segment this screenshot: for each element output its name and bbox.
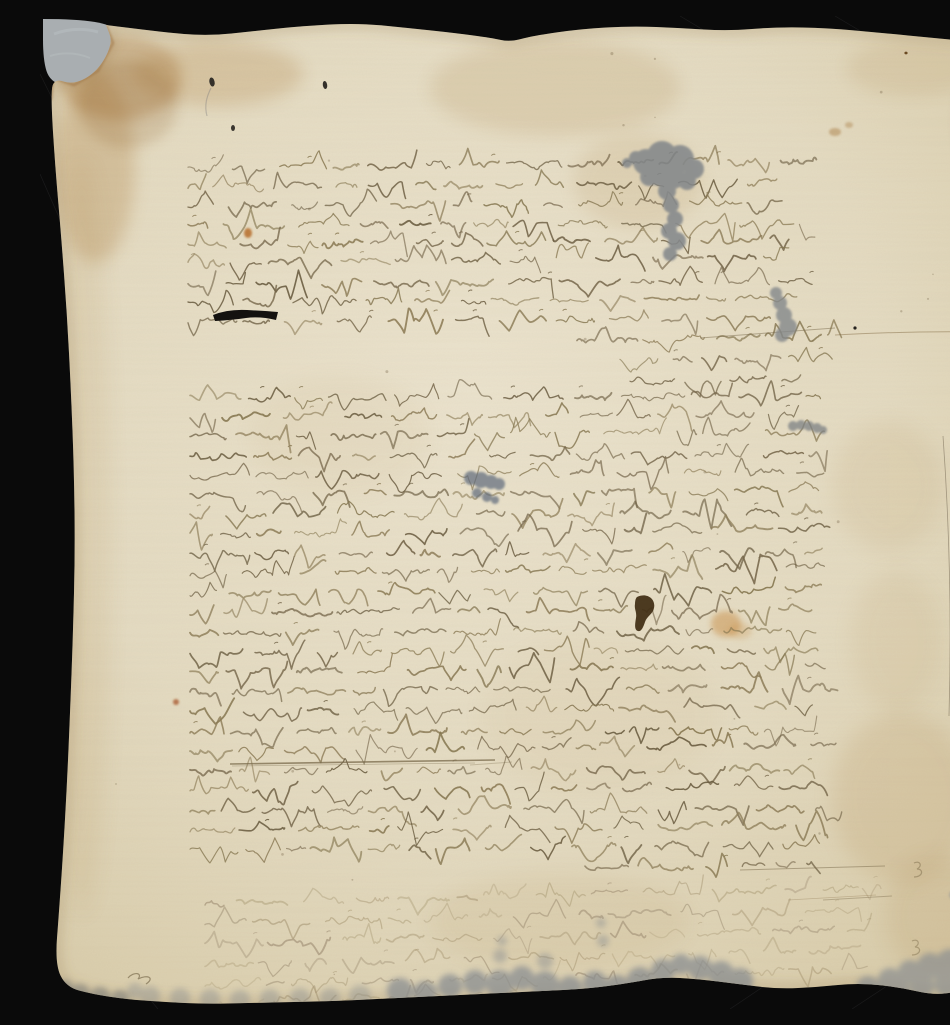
ink-speck (231, 125, 235, 131)
red-fleck (173, 699, 179, 705)
manuscript-photo (40, 16, 950, 1009)
right-low-stain (851, 571, 941, 711)
speck-stain-b (845, 122, 853, 128)
orange-fleck (244, 228, 252, 238)
paper-surface (40, 16, 950, 1009)
manuscript-scan-svg (40, 16, 950, 1009)
ink-speck (904, 52, 907, 55)
bottom-center-stain (430, 873, 690, 969)
top-center-stain (430, 40, 680, 136)
right-mid-stain (833, 421, 943, 551)
center-stain (480, 636, 720, 796)
ink-speck (853, 326, 856, 329)
speck-stain-a (829, 128, 841, 136)
